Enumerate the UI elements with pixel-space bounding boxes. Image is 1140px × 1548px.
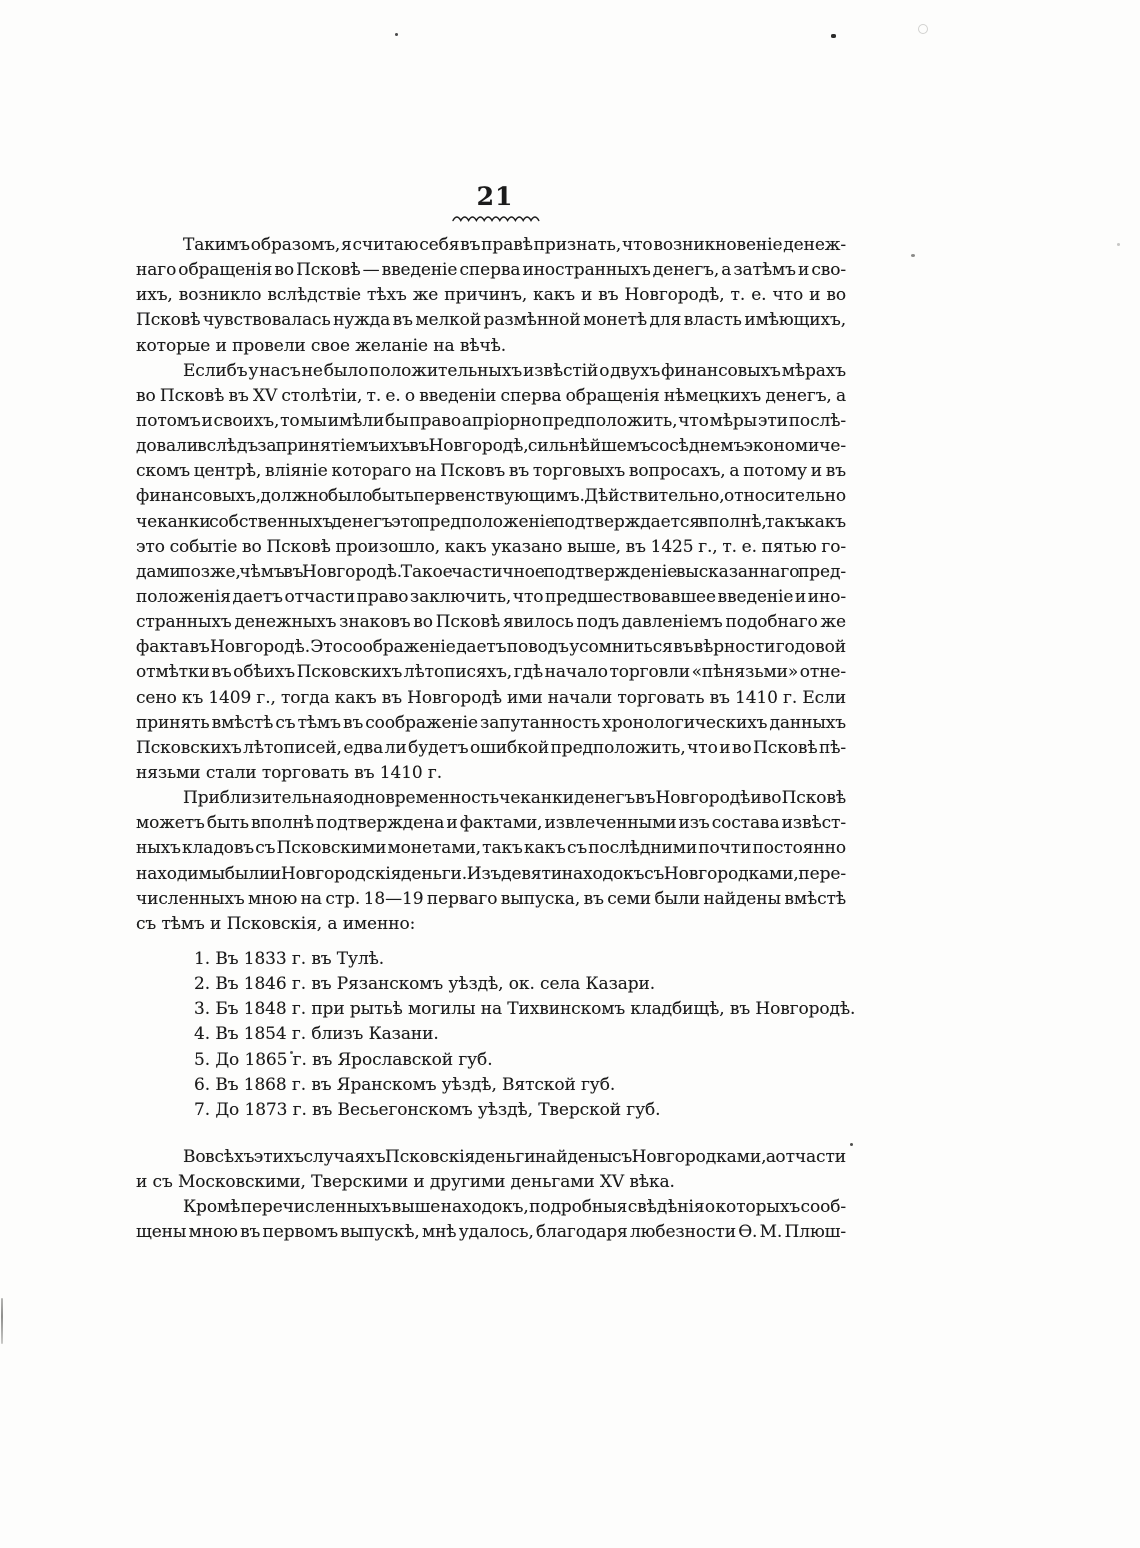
scan-speck bbox=[831, 34, 836, 38]
paragraph: Еслибъ у насъ не было положительныхъ изв… bbox=[136, 359, 846, 786]
text-line: Такимъ образомъ, я считаю себя въ правѣ … bbox=[136, 233, 846, 258]
text-line: сено къ 1409 г., тогда какъ въ Новгородѣ… bbox=[136, 686, 846, 711]
text-line: дами позже, чѣмъ въ Новгородѣ. Такое час… bbox=[136, 560, 846, 585]
text-line: довали вслѣдъ за принятіемъ ихъ въ Новго… bbox=[136, 434, 846, 459]
scan-edge-artifact bbox=[1, 1298, 3, 1344]
text-line: находимы были и Новгородскія деньги. Изъ… bbox=[136, 862, 846, 887]
scan-speck bbox=[850, 1143, 853, 1146]
text-line: съ тѣмъ и Псковскія, а именно: bbox=[136, 912, 846, 937]
text-line: Псковѣ чувствовалась нужда въ мелкой раз… bbox=[136, 308, 846, 333]
text-line: Кромѣ перечисленныхъ выше находокъ, подр… bbox=[136, 1195, 846, 1220]
text-line: Еслибъ у насъ не было положительныхъ изв… bbox=[136, 359, 846, 384]
scan-speck bbox=[290, 1051, 293, 1054]
text-line: Приблизительная одновременность чеканки … bbox=[136, 786, 846, 811]
list-item: 5. До 1865 г. въ Ярославской губ. bbox=[136, 1048, 846, 1073]
text-line: можетъ быть вполнѣ подтверждена и фактам… bbox=[136, 811, 846, 836]
text-line: ныхъ кладовъ съ Псковскими монетами, так… bbox=[136, 836, 846, 861]
text-line: Псковскихъ лѣтописей, едва ли будетъ оши… bbox=[136, 736, 846, 761]
paragraph: Во всѣхъ этихъ случаяхъ Псковскія деньги… bbox=[136, 1145, 846, 1195]
text-line: положенія даетъ отчасти право заключить,… bbox=[136, 585, 846, 610]
finds-list: 1. Въ 1833 г. въ Тулѣ.2. Въ 1846 г. въ Р… bbox=[136, 947, 846, 1123]
paragraph: Кромѣ перечисленныхъ выше находокъ, подр… bbox=[136, 1195, 846, 1245]
squiggle-ornament bbox=[452, 213, 540, 223]
text-line: наго обращенія во Псковѣ — введеніе спер… bbox=[136, 258, 846, 283]
scan-speck bbox=[918, 24, 928, 34]
list-item: 3. Бъ 1848 г. при рытьѣ могилы на Тихвин… bbox=[136, 997, 846, 1022]
text-line: ихъ, возникло вслѣдствіе тѣхъ же причинъ… bbox=[136, 283, 846, 308]
text-line: финансовыхъ, должно было быть первенству… bbox=[136, 484, 846, 509]
text-line: факта въ Новгородѣ. Это соображеніе дает… bbox=[136, 635, 846, 660]
text-line: нязьми стали торговать въ 1410 г. bbox=[136, 761, 846, 786]
paragraph: Такимъ образомъ, я считаю себя въ правѣ … bbox=[136, 233, 846, 359]
list-item: 7. До 1873 г. въ Весьегонскомъ уѣздѣ, Тв… bbox=[136, 1098, 846, 1123]
text-line: скомъ центрѣ, вліяніе котораго на Псковъ… bbox=[136, 459, 846, 484]
scan-speck bbox=[1117, 243, 1120, 246]
text-line: это событіе во Псковѣ произошло, какъ ук… bbox=[136, 535, 846, 560]
text-line: и съ Московскими, Тверскими и другими де… bbox=[136, 1170, 846, 1195]
list-item: 6. Въ 1868 г. въ Яранскомъ уѣздѣ, Вятско… bbox=[136, 1073, 846, 1098]
page-body: Такимъ образомъ, я считаю себя въ правѣ … bbox=[136, 233, 846, 1245]
text-line: чеканки собственныхъ денегъ это предполо… bbox=[136, 510, 846, 535]
page-number: 21 bbox=[450, 182, 540, 211]
scan-speck bbox=[395, 33, 398, 36]
text-line: странныхъ денежныхъ знаковъ во Псковѣ яв… bbox=[136, 610, 846, 635]
text-line: Во всѣхъ этихъ случаяхъ Псковскія деньги… bbox=[136, 1145, 846, 1170]
list-item: 4. Въ 1854 г. близъ Казани. bbox=[136, 1022, 846, 1047]
list-item: 1. Въ 1833 г. въ Тулѣ. bbox=[136, 947, 846, 972]
scan-speck bbox=[911, 254, 915, 257]
text-line: отмѣтки въ обѣихъ Псковскихъ лѣтописяхъ,… bbox=[136, 660, 846, 685]
paragraph: Приблизительная одновременность чеканки … bbox=[136, 786, 846, 937]
text-line: потомъ и своихъ, то мы имѣли бы право ап… bbox=[136, 409, 846, 434]
text-line: численныхъ мною на стр. 18—19 перваго вы… bbox=[136, 887, 846, 912]
text-line: во Псковѣ въ XV столѣтіи, т. е. о введен… bbox=[136, 384, 846, 409]
book-page: 21 Такимъ образомъ, я считаю себя въ пра… bbox=[0, 0, 1140, 1548]
text-line: которые и провели свое желаніе на вѣчѣ. bbox=[136, 334, 846, 359]
text-line: щены мною въ первомъ выпускѣ, мнѣ удалос… bbox=[136, 1220, 846, 1245]
list-item: 2. Въ 1846 г. въ Рязанскомъ уѣздѣ, ок. с… bbox=[136, 972, 846, 997]
text-line: принять вмѣстѣ съ тѣмъ въ соображеніе за… bbox=[136, 711, 846, 736]
